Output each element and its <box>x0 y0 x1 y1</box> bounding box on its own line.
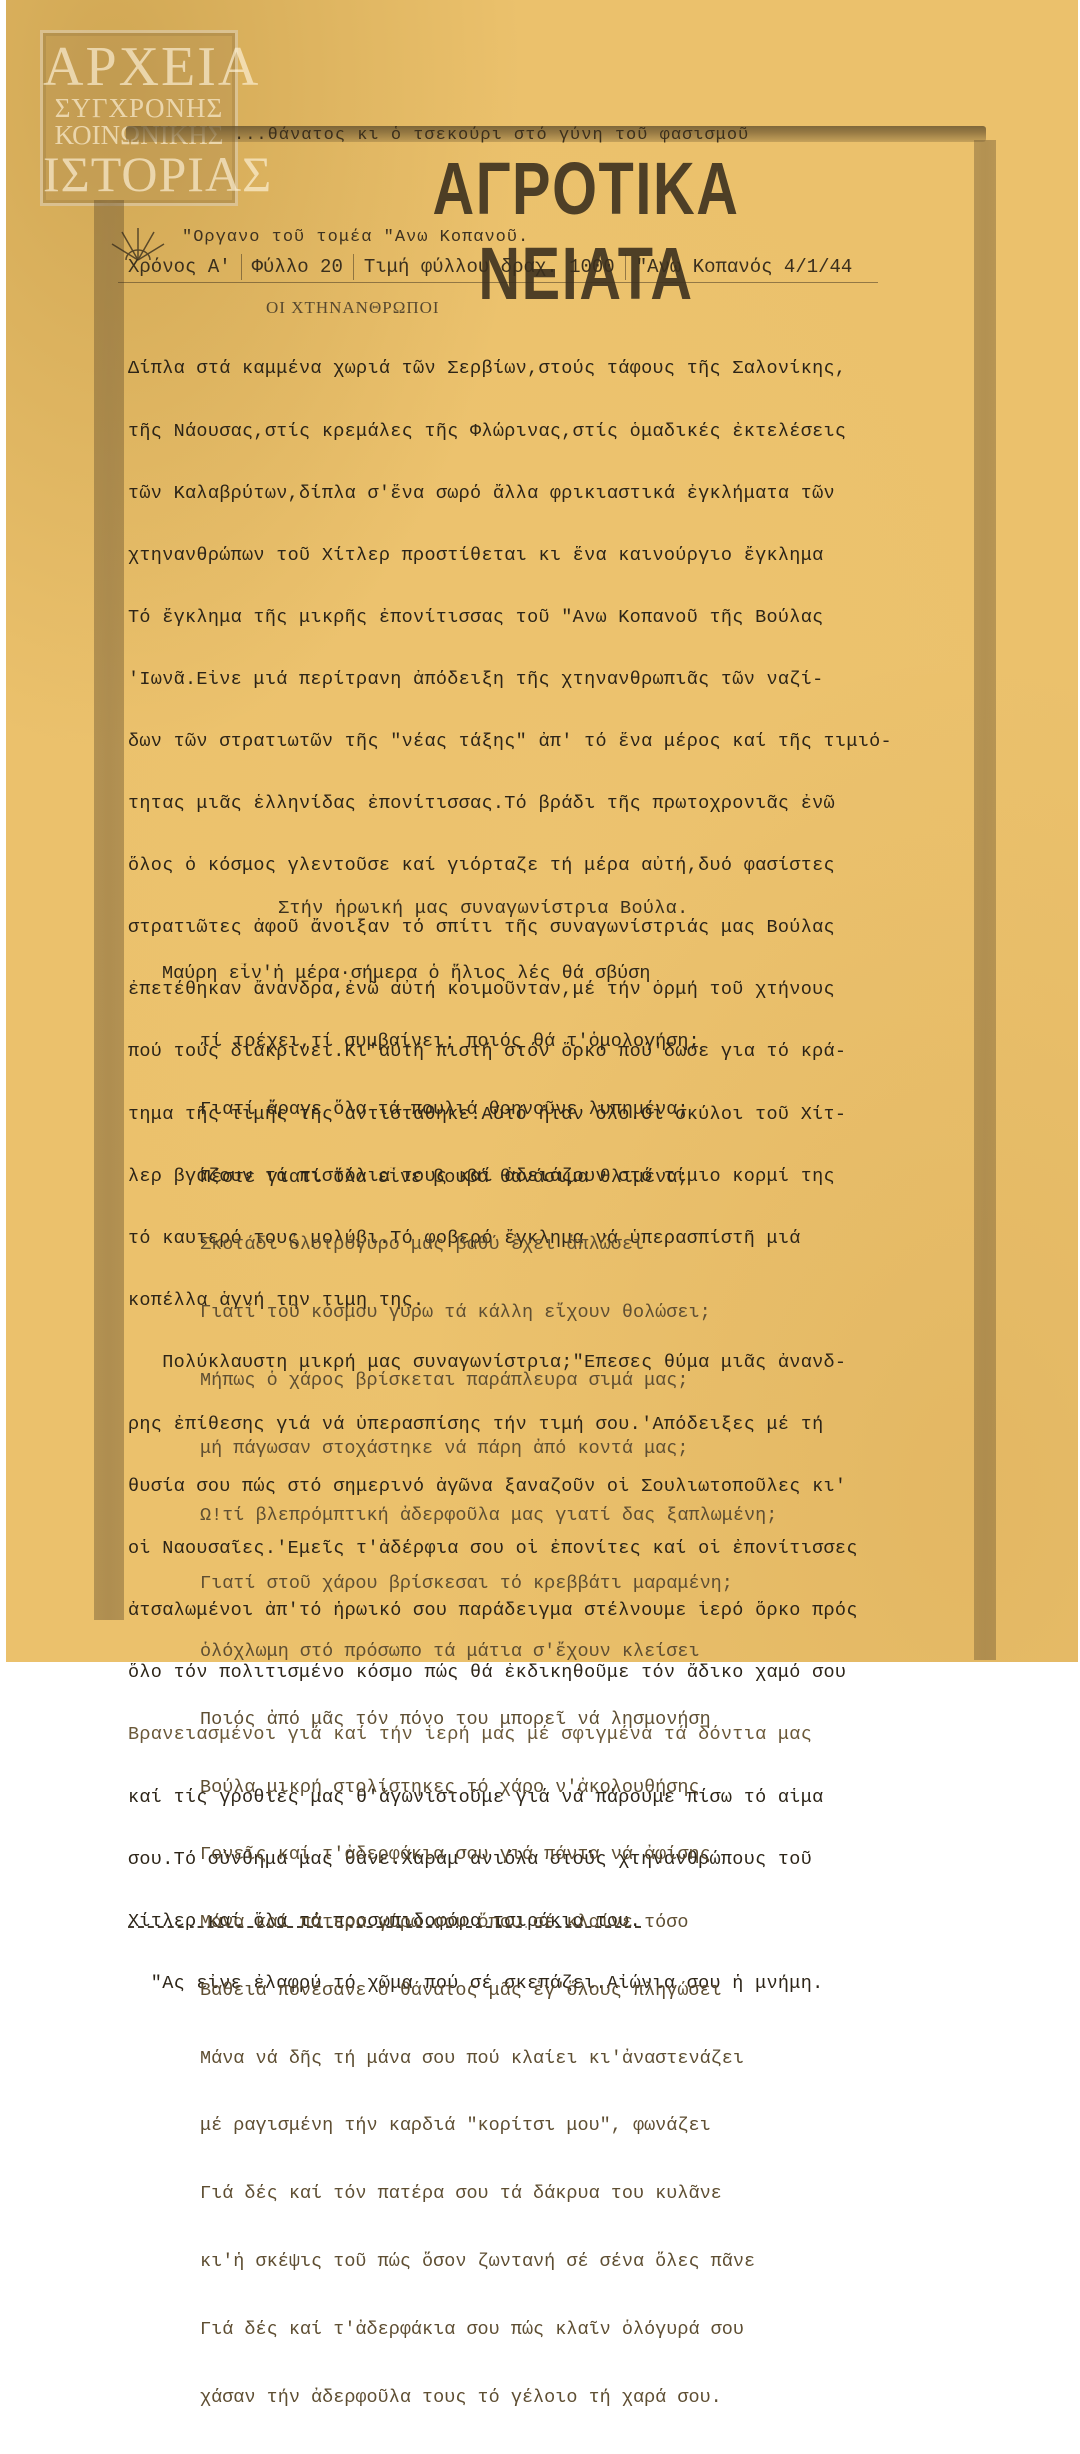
poem-title: Στήν ἡρωική μας συναγωνίστρια Βούλα. <box>278 898 688 919</box>
article-line: 'Ιωνᾶ.Εἶνε μιά περίτρανη ἀπόδειξη τῆς χτ… <box>128 670 900 691</box>
watermark-line-4: ΙΣΤΟΡΙΑΣ <box>43 149 235 199</box>
article-title: ΟΙ ΧΤΗΝΑΝΘΡΩΠΟΙ <box>266 298 666 318</box>
article-line: Τό ἔγκλημα τῆς μικρῆς ἐπονίτισσας τοῦ "Α… <box>128 608 900 629</box>
poem-line: Γιατί ἄραγε ὅλα τά πουλιά θρηνοῦνε λυπημ… <box>162 1099 882 1122</box>
watermark-line-2: ΣΥΓΧΡΟΝΗΣ <box>43 95 235 122</box>
article-line: δων τῶν στρατιωτῶν τῆς "νέας τάξης" ἀπ' … <box>128 732 900 753</box>
stencil-border-right <box>974 140 996 1660</box>
issue-place-date: "Ανω Κοπανός 4/1/44 <box>626 254 863 280</box>
article-line: τῶν Καλαβρύτων,δίπλα σ'ἕνα σωρό ἄλλα φρι… <box>128 484 900 505</box>
poem-line: Μαύρη εἶν'ἡ μέρα·σήμερα ὁ ἥλιος λές θά σ… <box>162 963 882 986</box>
poem-line: ὁλόχλωμη στό πρόσωπο τά μάτια σ'ἔχουν κλ… <box>162 1641 882 1664</box>
article-line: τῆς Νάουσας,στίς κρεμάλες τῆς Φλώρινας,σ… <box>128 422 900 443</box>
header-slogan: ...θάνατος κι ὁ τσεκούρι στό γύνη τοῦ φα… <box>234 126 934 145</box>
poem-line: τί τρέχει,τί συμβαίνει; ποιός θά τ'ὁμολο… <box>162 1031 882 1054</box>
archive-watermark-logo: ΑΡΧΕΙΑ ΣΥΓΧΡΟΝΗΣ ΚΟΙΝΩΝΙΚΗΣ ΙΣΤΟΡΙΑΣ <box>40 30 238 206</box>
issue-price: Τιμή φύλλου δραχ. 1000 <box>354 254 626 280</box>
poem-line: Μήπως ὁ χάρος βρίσκεται παράπλευρα σιμά … <box>162 1370 882 1393</box>
article-line: χτηνανθρώπων τοῦ Χίτλερ προστίθεται κι ἕ… <box>128 546 900 567</box>
poem-line: Πέστε γιατί ὅλα εἶνε βουβά θανάσιμα θλιμ… <box>162 1167 882 1190</box>
article-line: Δίπλα στά καμμένα χωριά τῶν Σερβίων,στού… <box>128 359 900 380</box>
header-subtitle: "Οργανο τοῦ τομέα "Ανω Κοπανοῦ. <box>182 228 529 247</box>
issue-year: Χρόνος Α' <box>118 254 242 280</box>
watermark-line-1: ΑΡΧΕΙΑ <box>43 39 235 95</box>
article-line: τητας μιᾶς ἑλληνίδας ἐπονίτισσας.Τό βράδ… <box>128 794 900 815</box>
poem-line: μή πάγωσαν στοχάστηκε νά πάρη ἀπό κοντά … <box>162 1438 882 1461</box>
poem-body: Μαύρη εἶν'ἡ μέρα·σήμερα ὁ ἥλιος λές θά σ… <box>162 918 882 1666</box>
poem-line: Ω!τί βλεπρόμπτική ἀδερφοῦλα μας γιατί δα… <box>162 1505 882 1528</box>
poem-line: Γιατί τοῦ κόσμου γύρω τά κάλλη εἴχουν θο… <box>162 1302 882 1325</box>
article-line: ὅλος ὁ κόσμος γλεντοῦσε καί γιόρταζε τή … <box>128 856 900 877</box>
issue-info-bar: Χρόνος Α' Φύλλο 20 Τιμή φύλλου δραχ. 100… <box>118 252 878 283</box>
issue-number: Φύλλο 20 <box>242 254 354 280</box>
document-page: ΑΡΧΕΙΑ ΣΥΓΧΡΟΝΗΣ ΚΟΙΝΩΝΙΚΗΣ ΙΣΤΟΡΙΑΣ ...… <box>6 0 1078 1662</box>
stencil-border-left <box>94 200 124 1620</box>
poem-line: Σκοτάδι ὁλοτρόγυρο μας βαθύ ἔχει ἁπλώσει <box>162 1234 882 1257</box>
poem-line: Γιατί στοῦ χάρου βρίσκεσαι τό κρεββάτι μ… <box>162 1573 882 1596</box>
